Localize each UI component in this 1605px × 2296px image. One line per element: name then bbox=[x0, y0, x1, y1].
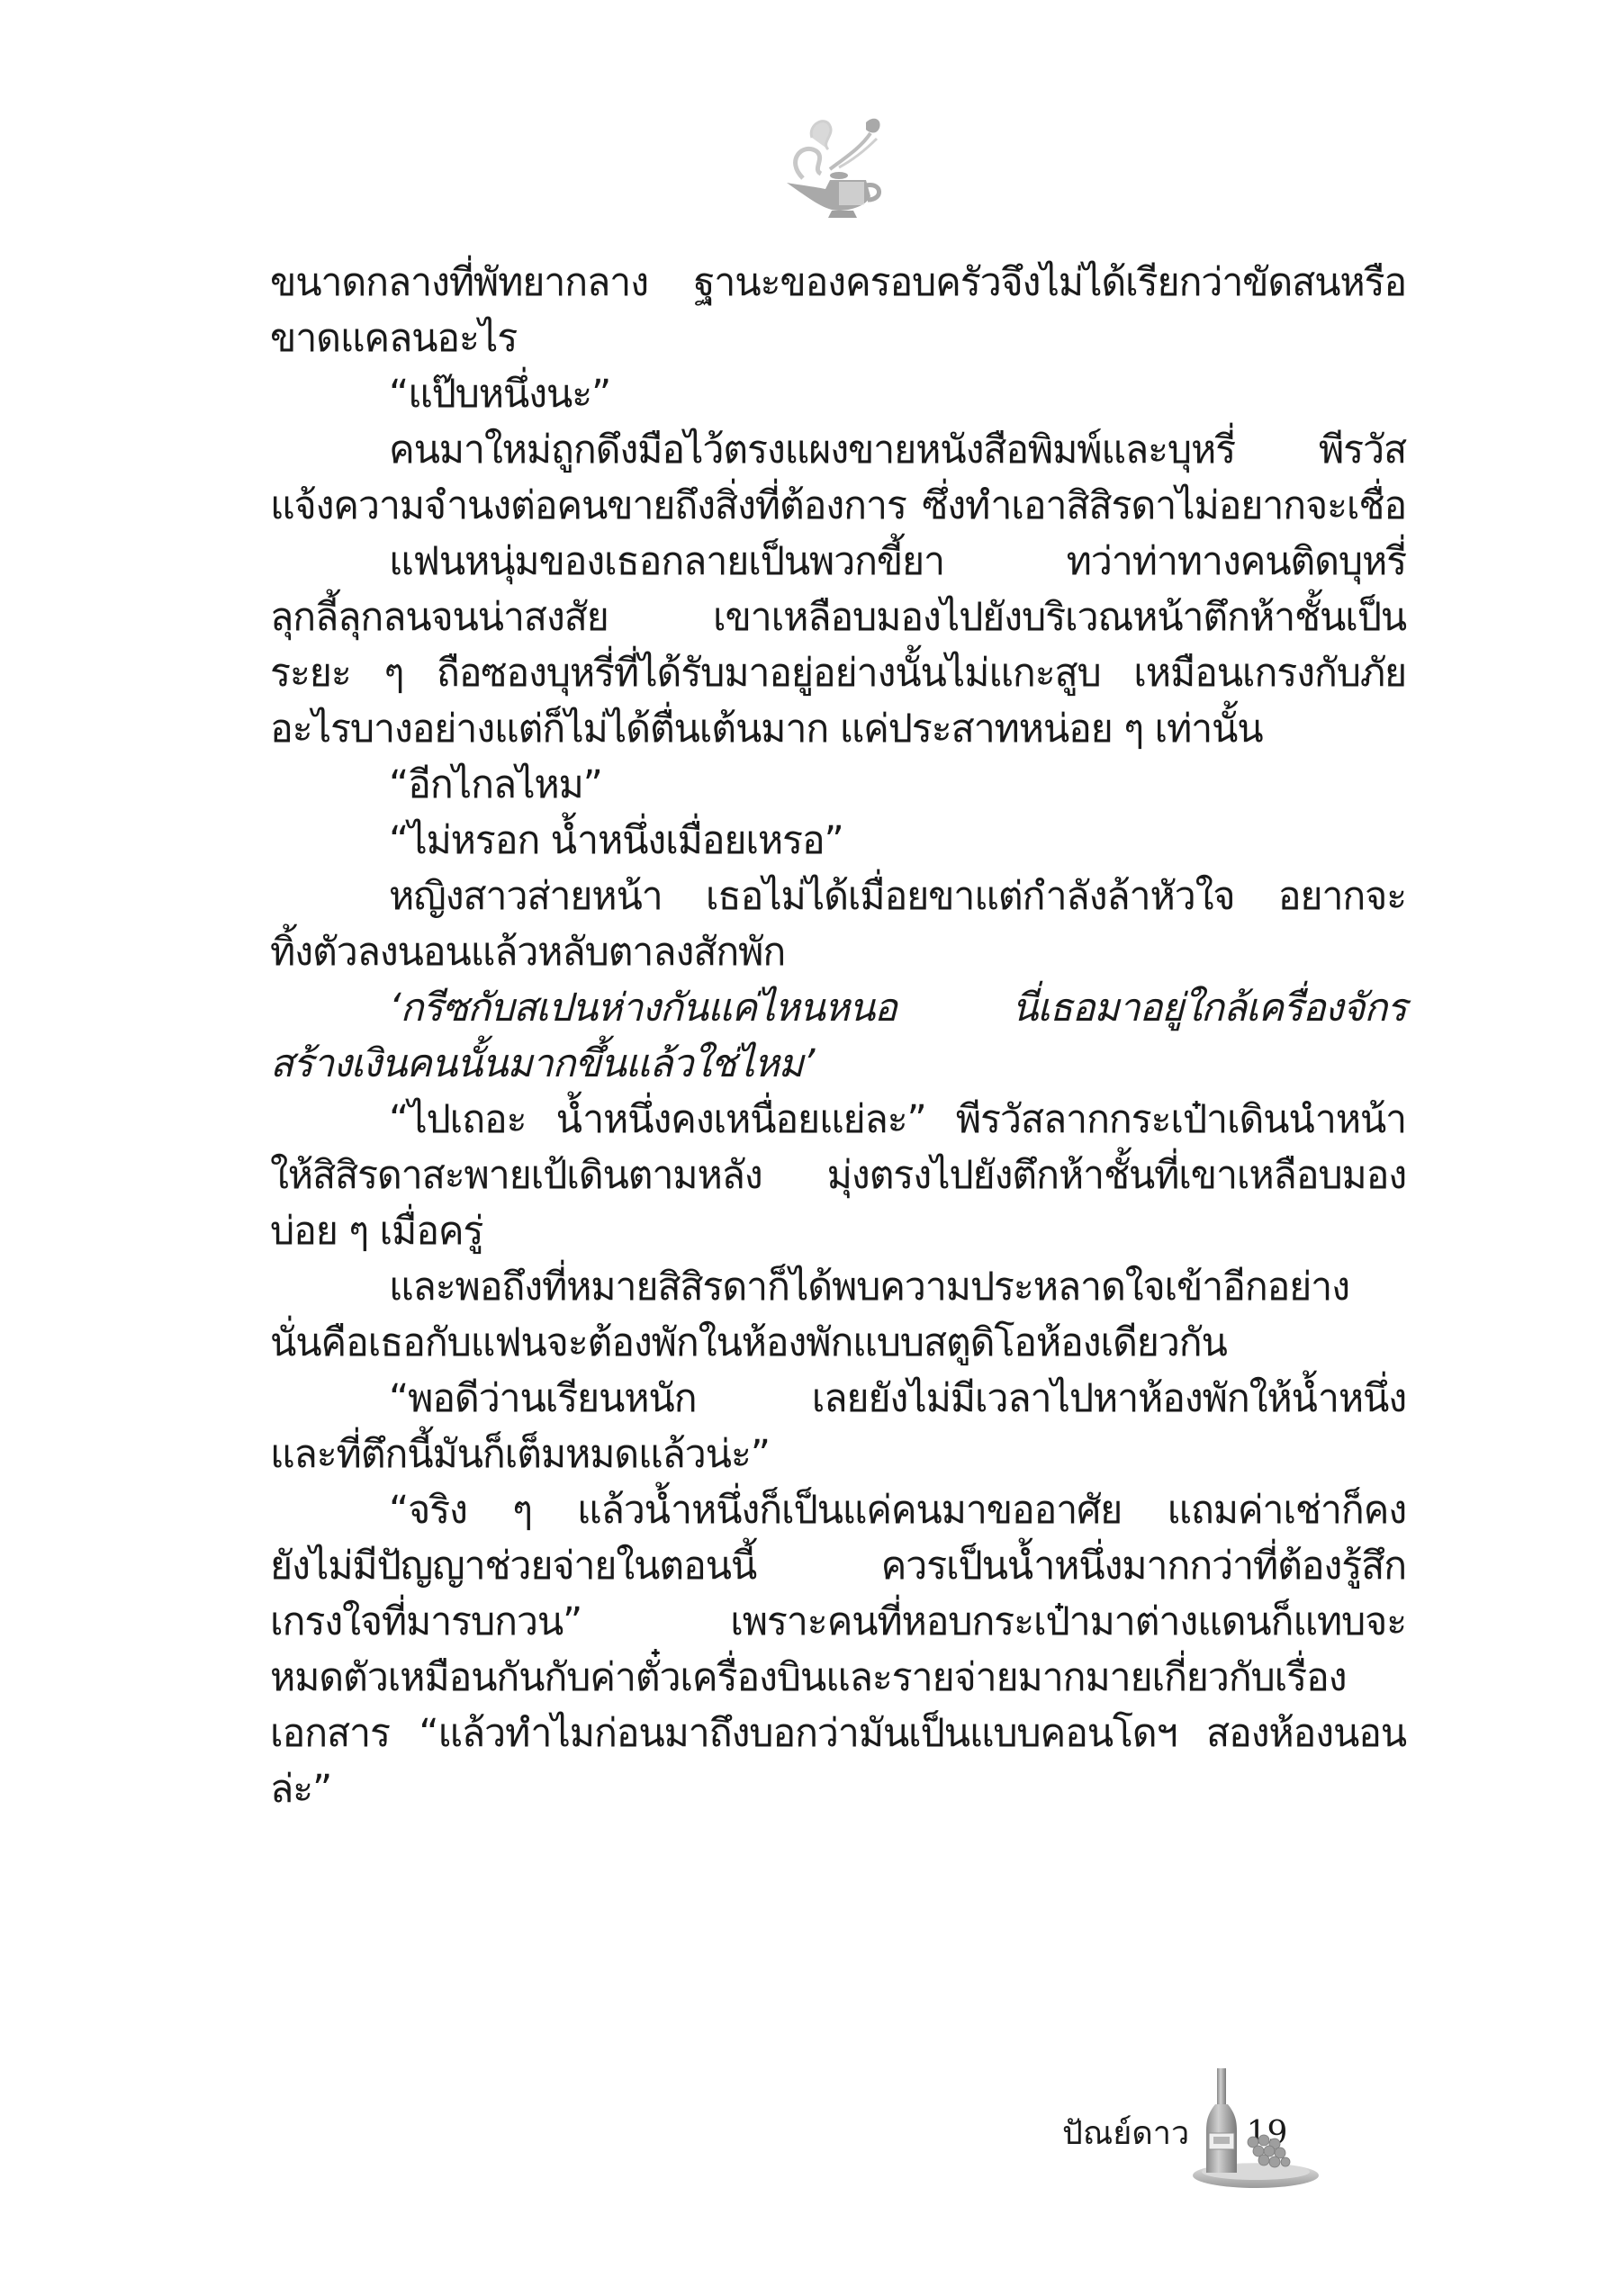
text-line: อะไรบางอย่างแต่ก็ไม่ได้ตื่นเต้นมาก แค่ปร… bbox=[270, 701, 1406, 757]
text-line: สร้างเงินคนนั้นมากขึ้นแล้วใช่ไหม’ bbox=[270, 1036, 1406, 1092]
text-line: บ่อย ๆ เมื่อครู่ bbox=[270, 1203, 1406, 1259]
text-line: เอกสาร “แล้วทำไมก่อนมาถึงบอกว่ามันเป็นแบ… bbox=[270, 1706, 1406, 1761]
text-line: คนมาใหม่ถูกดึงมือไว้ตรงแผงขายหนังสือพิมพ… bbox=[270, 422, 1406, 478]
text-line: “พอดีว่านเรียนหนัก เลยยังไม่มีเวลาไปหาห้… bbox=[270, 1371, 1406, 1427]
text-line: และพอถึงที่หมายสิสิรดาก็ได้พบความประหลาด… bbox=[270, 1259, 1406, 1315]
text-line: หมดตัวเหมือนกันกับค่าตั๋วเครื่องบินและรา… bbox=[270, 1650, 1406, 1706]
text-line: ทิ้งตัวลงนอนแล้วหลับตาลงสักพัก bbox=[270, 924, 1406, 980]
text-line: ล่ะ” bbox=[270, 1761, 1406, 1817]
genie-lamp-icon bbox=[776, 106, 897, 223]
text-line: “แป๊บหนึ่งนะ” bbox=[270, 366, 1406, 422]
text-line: ‘กรีซกับสเปนห่างกันแค่ไหนหนอ นี่เธอมาอยู… bbox=[270, 980, 1406, 1036]
text-line: ขนาดกลางที่พัทยากลาง ฐานะของครอบครัวจึงไ… bbox=[270, 255, 1406, 311]
text-line: ระยะ ๆ ถือซองบุหรี่ที่ได้รับมาอยู่อย่างน… bbox=[270, 645, 1406, 701]
text-line: แจ้งความจำนงต่อคนขายถึงสิ่งที่ต้องการ ซึ… bbox=[270, 478, 1406, 534]
text-line: ขาดแคลนอะไร bbox=[270, 311, 1406, 366]
wine-bottle-icon bbox=[1188, 2061, 1323, 2205]
text-line: นั่นคือเธอกับแฟนจะต้องพักในห้องพักแบบสตู… bbox=[270, 1315, 1406, 1371]
text-line: ลุกลี้ลุกลนจนน่าสงสัย เขาเหลือบมองไปยังบ… bbox=[270, 590, 1406, 645]
text-line: เกรงใจที่มารบกวน” เพราะคนที่หอบกระเป๋ามา… bbox=[270, 1594, 1406, 1650]
text-line: และที่ตึกนี้มันก็เต็มหมดแล้วน่ะ” bbox=[270, 1427, 1406, 1482]
text-line: หญิงสาวส่ายหน้า เธอไม่ได้เมื่อยขาแต่กำลั… bbox=[270, 869, 1406, 924]
text-line: “ไปเถอะ น้ำหนึ่งคงเหนื่อยแย่ละ” พีรวัสลา… bbox=[270, 1092, 1406, 1148]
body-text: ขนาดกลางที่พัทยากลาง ฐานะของครอบครัวจึงไ… bbox=[270, 255, 1406, 1817]
text-line: แฟนหนุ่มของเธอกลายเป็นพวกขี้ยา ทว่าท่าทา… bbox=[270, 534, 1406, 590]
text-line: “อีกไกลไหม” bbox=[270, 757, 1406, 813]
author-name: ปัณย์ดาว bbox=[1062, 2109, 1189, 2159]
text-line: “จริง ๆ แล้วน้ำหนึ่งก็เป็นแค่คนมาขออาศัย… bbox=[270, 1482, 1406, 1538]
text-line: ให้สิสิรดาสะพายเป้เดินตามหลัง มุ่งตรงไปย… bbox=[270, 1148, 1406, 1203]
text-line: ยังไม่มีปัญญาช่วยจ่ายในตอนนี้ ควรเป็นน้ำ… bbox=[270, 1538, 1406, 1594]
text-line: “ไม่หรอก น้ำหนึ่งเมื่อยเหรอ” bbox=[270, 813, 1406, 869]
